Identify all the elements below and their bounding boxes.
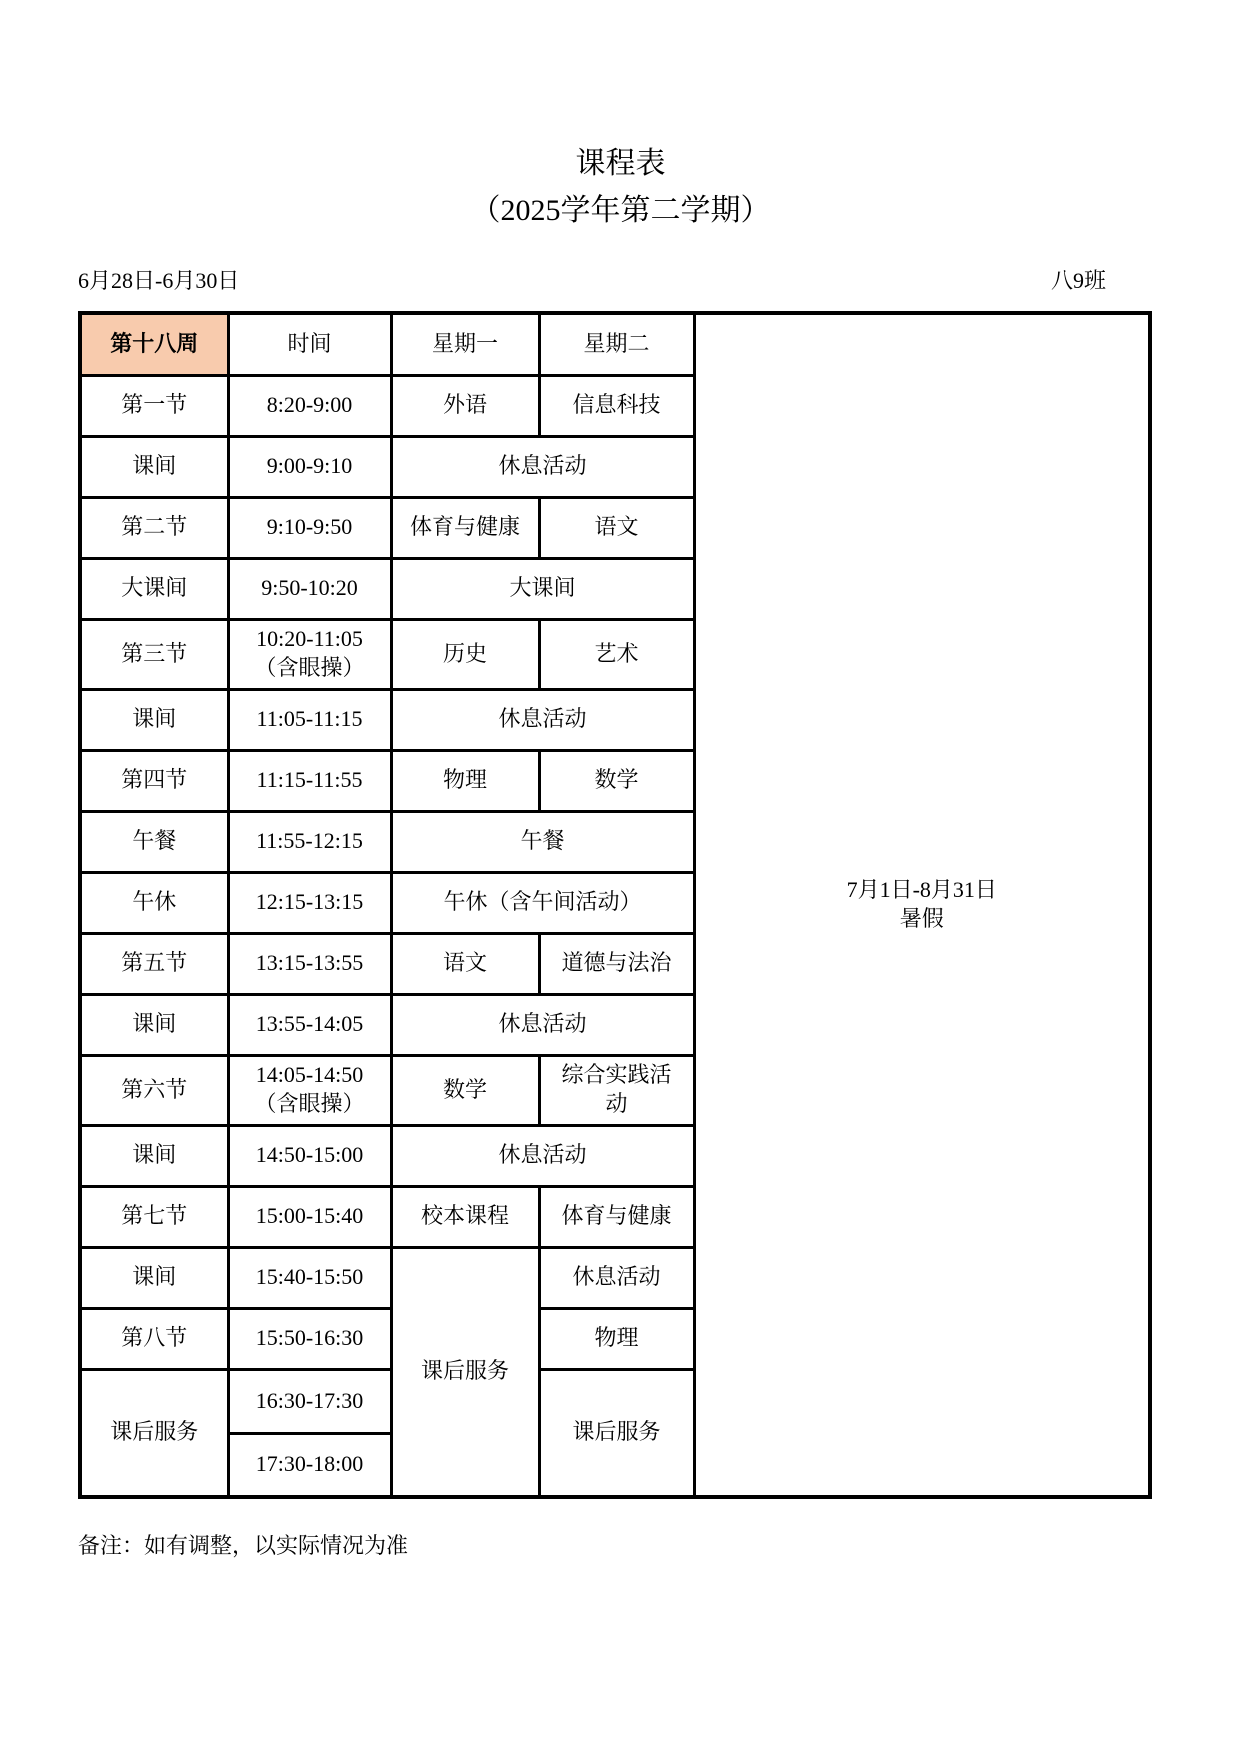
tuesday-after-school-cell: 课后服务 bbox=[539, 1369, 694, 1497]
time-cell: 8:20-9:00 bbox=[228, 375, 391, 436]
vacation-cell: 7月1日-8月31日 暑假 bbox=[694, 313, 1150, 1497]
week-header-cell: 第十八周 bbox=[80, 313, 228, 375]
period-label-cell: 第二节 bbox=[80, 497, 228, 558]
monday-after-school-cell: 课后服务 bbox=[391, 1247, 539, 1497]
time-cell: 15:00-15:40 bbox=[228, 1186, 391, 1247]
monday-subject-cell: 历史 bbox=[391, 619, 539, 689]
tuesday-header-cell: 星期二 bbox=[539, 313, 694, 375]
period-label-cell: 午休 bbox=[80, 872, 228, 933]
title-block: 课程表 （2025学年第二学期） bbox=[0, 0, 1241, 234]
period-label-cell: 大课间 bbox=[80, 558, 228, 619]
tuesday-subject-cell: 综合实践活动 bbox=[539, 1055, 694, 1125]
monday-subject-cell: 校本课程 bbox=[391, 1186, 539, 1247]
time-cell: 13:55-14:05 bbox=[228, 994, 391, 1055]
tuesday-subject-cell: 信息科技 bbox=[539, 375, 694, 436]
period-label-cell: 午餐 bbox=[80, 811, 228, 872]
monday-subject-cell: 语文 bbox=[391, 933, 539, 994]
time-note: （含眼操） bbox=[242, 1090, 378, 1119]
merged-activity-cell: 大课间 bbox=[391, 558, 694, 619]
time-range: 10:20-11:05 bbox=[242, 625, 378, 654]
time-cell: 17:30-18:00 bbox=[228, 1433, 391, 1497]
period-label-cell: 课间 bbox=[80, 689, 228, 750]
time-cell: 15:50-16:30 bbox=[228, 1308, 391, 1369]
time-range: 14:05-14:50 bbox=[242, 1061, 378, 1090]
time-cell: 11:05-11:15 bbox=[228, 689, 391, 750]
time-cell: 16:30-17:30 bbox=[228, 1369, 391, 1433]
time-cell: 10:20-11:05 （含眼操） bbox=[228, 619, 391, 689]
vacation-label: 暑假 bbox=[708, 905, 1137, 934]
period-label-cell: 第五节 bbox=[80, 933, 228, 994]
period-label-cell: 第六节 bbox=[80, 1055, 228, 1125]
time-cell: 11:55-12:15 bbox=[228, 811, 391, 872]
merged-activity-cell: 午餐 bbox=[391, 811, 694, 872]
merged-activity-cell: 休息活动 bbox=[391, 689, 694, 750]
time-note: （含眼操） bbox=[242, 654, 378, 683]
merged-activity-cell: 休息活动 bbox=[391, 1125, 694, 1186]
monday-subject-cell: 体育与健康 bbox=[391, 497, 539, 558]
time-header-cell: 时间 bbox=[228, 313, 391, 375]
time-cell: 12:15-13:15 bbox=[228, 872, 391, 933]
class-name-label: 八9班 bbox=[1051, 264, 1148, 295]
period-label-cell: 课间 bbox=[80, 1247, 228, 1308]
tuesday-subject-cell: 数学 bbox=[539, 750, 694, 811]
tuesday-subject-cell: 语文 bbox=[539, 497, 694, 558]
merged-activity-cell: 午休（含午间活动） bbox=[391, 872, 694, 933]
merged-activity-cell: 休息活动 bbox=[391, 994, 694, 1055]
monday-header-cell: 星期一 bbox=[391, 313, 539, 375]
page-subtitle: （2025学年第二学期） bbox=[0, 187, 1241, 234]
tuesday-subject-cell: 艺术 bbox=[539, 619, 694, 689]
period-label-cell: 课间 bbox=[80, 436, 228, 497]
time-cell: 11:15-11:55 bbox=[228, 750, 391, 811]
time-cell: 9:10-9:50 bbox=[228, 497, 391, 558]
period-label-cell: 第八节 bbox=[80, 1308, 228, 1369]
page-title: 课程表 bbox=[0, 140, 1241, 187]
tuesday-subject-cell: 道德与法治 bbox=[539, 933, 694, 994]
schedule-table: 第十八周 时间 星期一 星期二 7月1日-8月31日 暑假 第一节 8:20-9… bbox=[78, 311, 1152, 1499]
time-cell: 15:40-15:50 bbox=[228, 1247, 391, 1308]
monday-subject-cell: 物理 bbox=[391, 750, 539, 811]
time-cell: 14:50-15:00 bbox=[228, 1125, 391, 1186]
tuesday-subject-cell: 体育与健康 bbox=[539, 1186, 694, 1247]
tuesday-subject-cell: 物理 bbox=[539, 1308, 694, 1369]
time-cell: 9:50-10:20 bbox=[228, 558, 391, 619]
merged-activity-cell: 休息活动 bbox=[391, 436, 694, 497]
time-cell: 14:05-14:50 （含眼操） bbox=[228, 1055, 391, 1125]
schedule-document-page: 课程表 （2025学年第二学期） 6月28日-6月30日 八9班 第十八周 时间… bbox=[0, 0, 1241, 1754]
date-range-label: 6月28日-6月30日 bbox=[78, 264, 239, 295]
header-row: 第十八周 时间 星期一 星期二 7月1日-8月31日 暑假 bbox=[80, 313, 1150, 375]
tuesday-subject-cell: 休息活动 bbox=[539, 1247, 694, 1308]
period-label-cell: 第四节 bbox=[80, 750, 228, 811]
period-label-cell: 第一节 bbox=[80, 375, 228, 436]
footer-note: 备注：如有调整，以实际情况为准 bbox=[78, 1529, 1241, 1560]
period-label-cell: 第七节 bbox=[80, 1186, 228, 1247]
meta-row: 6月28日-6月30日 八9班 bbox=[78, 264, 1148, 295]
time-cell: 9:00-9:10 bbox=[228, 436, 391, 497]
monday-subject-cell: 外语 bbox=[391, 375, 539, 436]
time-cell: 13:15-13:55 bbox=[228, 933, 391, 994]
period-label-cell: 课间 bbox=[80, 1125, 228, 1186]
monday-subject-cell: 数学 bbox=[391, 1055, 539, 1125]
period-label-cell: 第三节 bbox=[80, 619, 228, 689]
vacation-date-range: 7月1日-8月31日 bbox=[708, 876, 1137, 905]
period-label-cell: 课后服务 bbox=[80, 1369, 228, 1497]
period-label-cell: 课间 bbox=[80, 994, 228, 1055]
